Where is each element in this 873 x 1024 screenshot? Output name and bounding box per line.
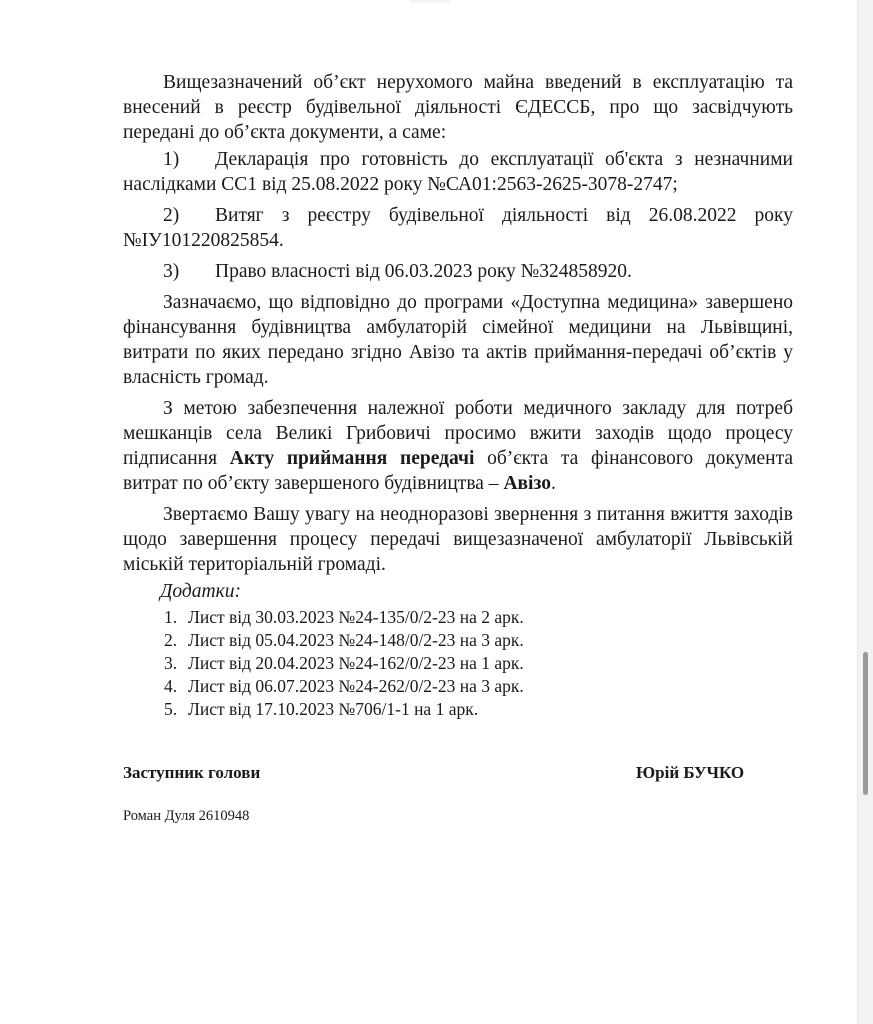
attachment-number: 5.: [164, 698, 188, 721]
document-item-number: 3): [163, 259, 215, 284]
attachment-number: 2.: [164, 629, 188, 652]
documents-list: 1)Декларація про готовність до експлуата…: [123, 147, 793, 284]
attachments-title: Додатки:: [123, 579, 793, 604]
scrollbar-thumb[interactable]: [863, 652, 868, 795]
paragraph-program: Зазначаємо, що відповідно до програми «Д…: [123, 290, 793, 390]
paragraph-request-text: .: [551, 473, 556, 494]
aviso-emphasis: Авізо: [503, 473, 551, 494]
attachment-item: 4.Лист від 06.07.2023 №24-262/0/2-23 на …: [164, 675, 793, 698]
attachment-item: 2.Лист від 05.04.2023 №24-148/0/2-23 на …: [164, 629, 793, 652]
attachment-item: 3.Лист від 20.04.2023 №24-162/0/2-23 на …: [164, 652, 793, 675]
attachment-text: Лист від 05.04.2023 №24-148/0/2-23 на 3 …: [188, 630, 524, 650]
signatory-name: Юрій БУЧКО: [636, 763, 744, 783]
document-item-number: 1): [163, 147, 215, 172]
document-item: 2)Витяг з реєстру будівельної діяльності…: [123, 203, 793, 253]
act-of-transfer-emphasis: Акту приймання передачі: [230, 448, 475, 469]
document-item: 3)Право власності від 06.03.2023 року №3…: [123, 259, 793, 284]
attachment-text: Лист від 06.07.2023 №24-262/0/2-23 на 3 …: [188, 676, 524, 696]
attachment-item: 1.Лист від 30.03.2023 №24-135/0/2-23 на …: [164, 606, 793, 629]
attachment-text: Лист від 30.03.2023 №24-135/0/2-23 на 2 …: [188, 607, 524, 627]
attachment-number: 4.: [164, 675, 188, 698]
attachment-number: 3.: [164, 652, 188, 675]
document-item-text: Право власності від 06.03.2023 року №324…: [215, 261, 632, 282]
signatory-title: Заступник голови: [123, 763, 260, 783]
vertical-scrollbar[interactable]: [857, 0, 873, 1024]
document-item-text: Витяг з реєстру будівельної діяльності в…: [123, 205, 793, 251]
attachment-text: Лист від 17.10.2023 №706/1-1 на 1 арк.: [188, 699, 478, 719]
document-item-number: 2): [163, 203, 215, 228]
paragraph-request: З метою забезпечення належної роботи мед…: [123, 396, 793, 496]
paragraph-registration: Вищезазначений об’єкт нерухомого майна в…: [123, 70, 793, 145]
attachment-item: 5.Лист від 17.10.2023 №706/1-1 на 1 арк.: [164, 698, 793, 721]
document-item: 1)Декларація про готовність до експлуата…: [123, 147, 793, 197]
document-item-text: Декларація про готовність до експлуатаці…: [123, 149, 793, 195]
attachment-text: Лист від 20.04.2023 №24-162/0/2-23 на 1 …: [188, 653, 524, 673]
attachment-number: 1.: [164, 606, 188, 629]
attachments-list: 1.Лист від 30.03.2023 №24-135/0/2-23 на …: [123, 606, 793, 721]
paragraph-attention: Звертаємо Вашу увагу на неодноразові зве…: [123, 502, 793, 577]
executor-line: Роман Дуля 2610948: [123, 808, 249, 825]
letter-body: Вищезазначений об’єкт нерухомого майна в…: [123, 70, 793, 721]
page-top-artifact: [410, 0, 450, 4]
document-page: Вищезазначений об’єкт нерухомого майна в…: [0, 0, 858, 1024]
